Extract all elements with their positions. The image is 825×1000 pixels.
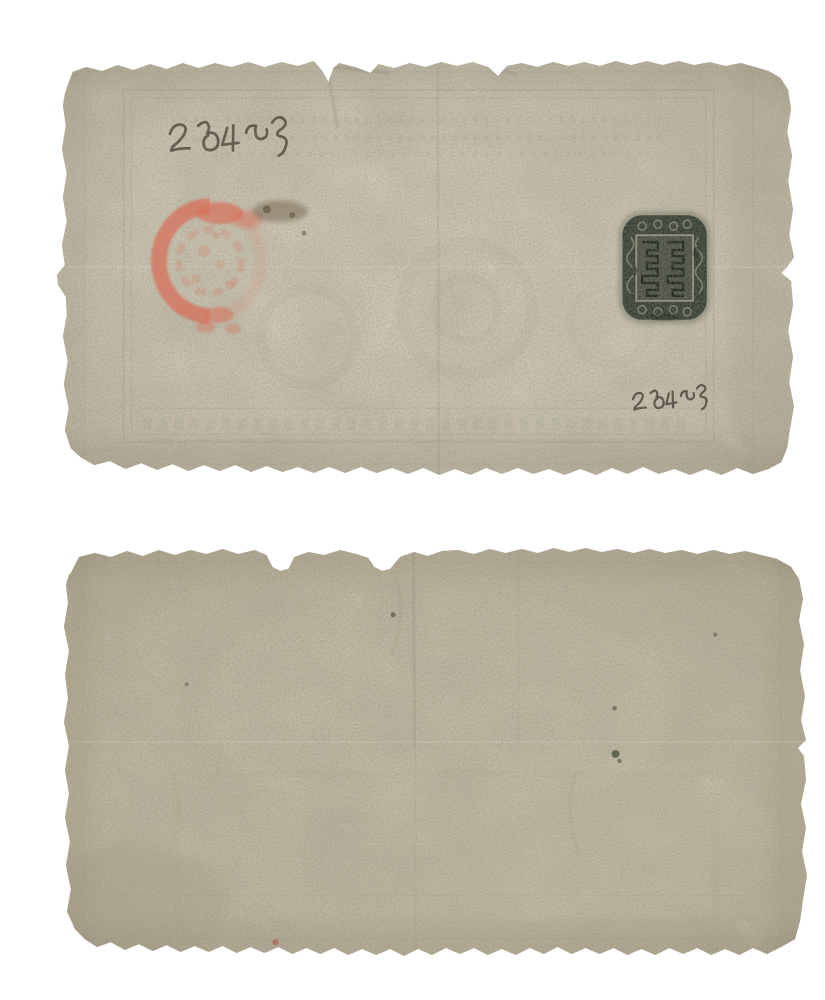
- photo-of-banknote: ༢༦༥༤༢ ༢༦༥༤༢: [0, 0, 825, 1000]
- banknote-back-photo: [57, 545, 807, 958]
- banknote-back-image: [57, 545, 807, 958]
- banknote-front-image: [55, 58, 797, 480]
- banknote-front-photo: ༢༦༥༤༢ ༢༦༥༤༢: [55, 58, 797, 480]
